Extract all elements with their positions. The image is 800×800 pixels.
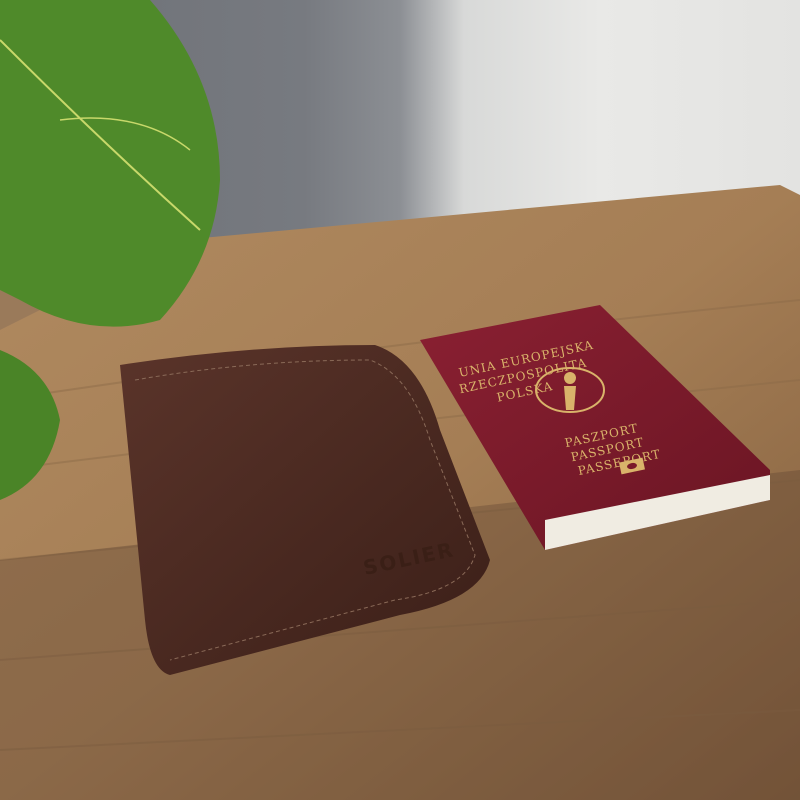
plant-leaf — [0, 0, 220, 327]
scene-svg: SOLIER UNIA EUROPEJSKA RZECZPOSPOLITA PO… — [0, 0, 800, 800]
photo-scene: SOLIER UNIA EUROPEJSKA RZECZPOSPOLITA PO… — [0, 0, 800, 800]
